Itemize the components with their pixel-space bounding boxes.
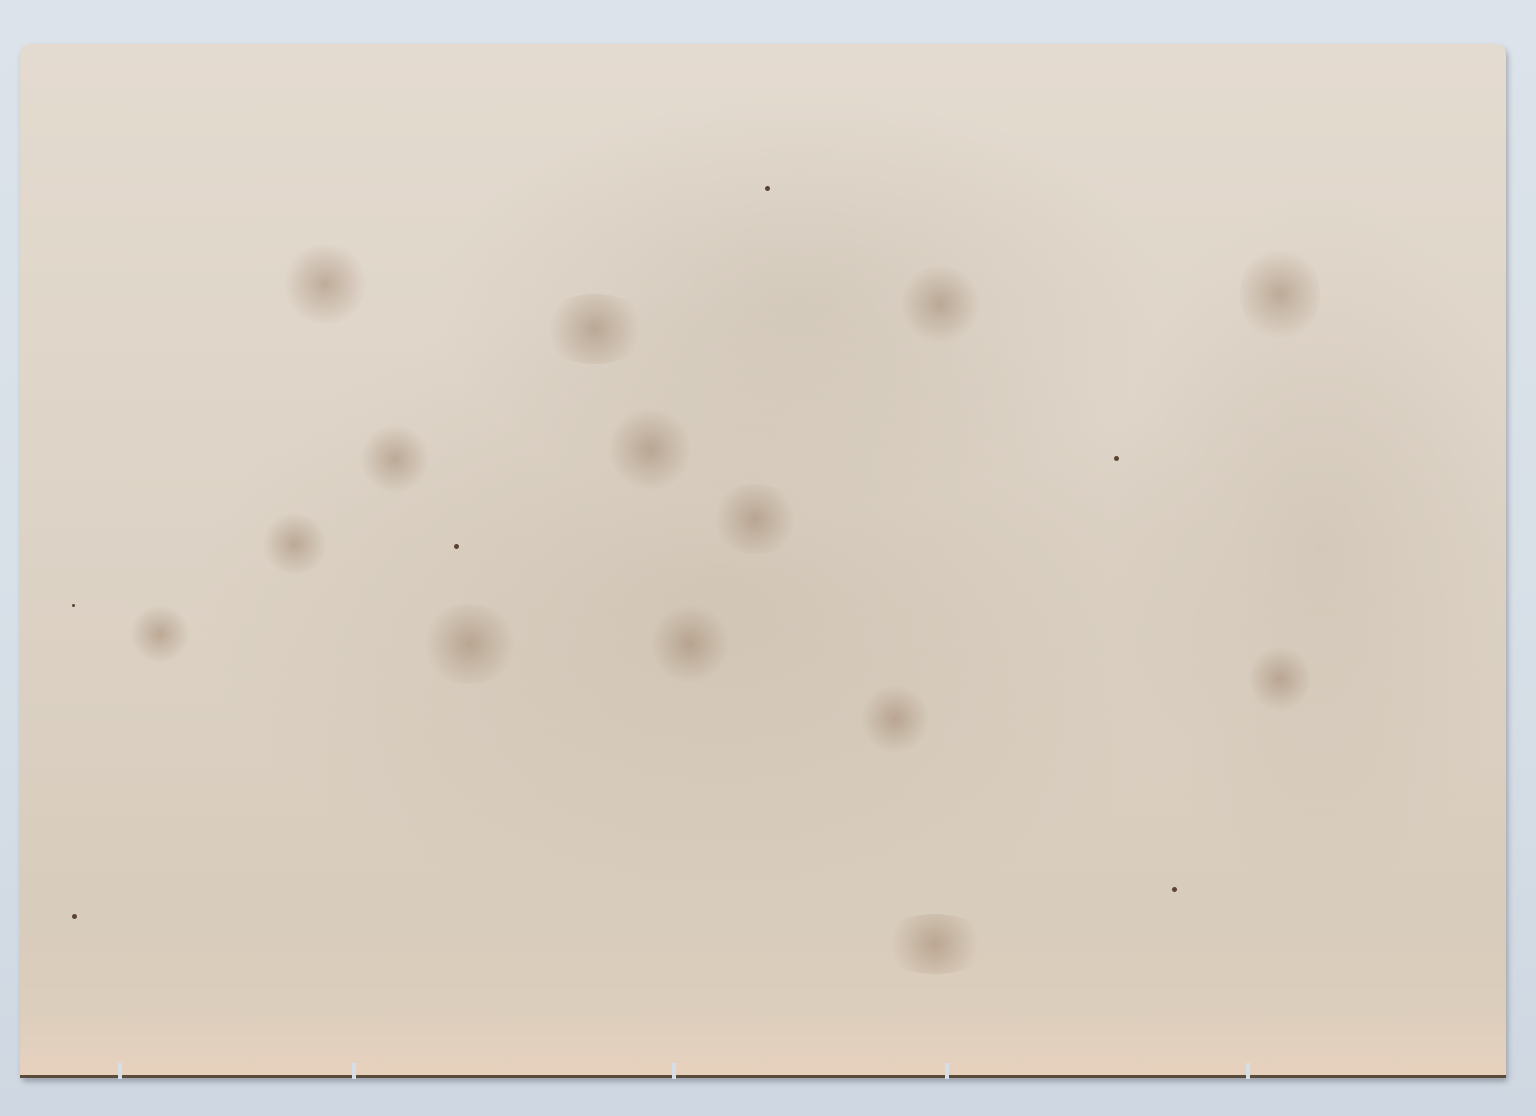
- stain: [420, 604, 520, 684]
- foxing-spot: [1114, 456, 1119, 461]
- stain: [1240, 244, 1320, 344]
- foxing-spot: [765, 186, 770, 191]
- stain: [360, 424, 430, 494]
- edge-notch: [945, 1063, 949, 1079]
- stain: [1250, 644, 1310, 714]
- stain: [540, 294, 650, 364]
- stain: [860, 684, 930, 754]
- foxing-spot: [72, 604, 75, 607]
- stain: [280, 244, 370, 324]
- edge-notch: [352, 1063, 356, 1079]
- foxing-spot: [72, 914, 77, 919]
- stain: [900, 264, 980, 344]
- stain: [610, 404, 690, 494]
- stain: [650, 604, 730, 684]
- aged-paper-sheet: [20, 44, 1506, 1078]
- edge-notch: [672, 1063, 676, 1079]
- stain: [880, 914, 990, 974]
- edge-notch: [118, 1063, 122, 1079]
- stain: [130, 604, 190, 664]
- stain: [710, 484, 800, 554]
- stain: [260, 514, 330, 574]
- edge-notch: [1246, 1063, 1250, 1079]
- foxing-spot: [454, 544, 459, 549]
- foxing-spot: [1172, 887, 1177, 892]
- paper-bottom-edge: [20, 1015, 1506, 1078]
